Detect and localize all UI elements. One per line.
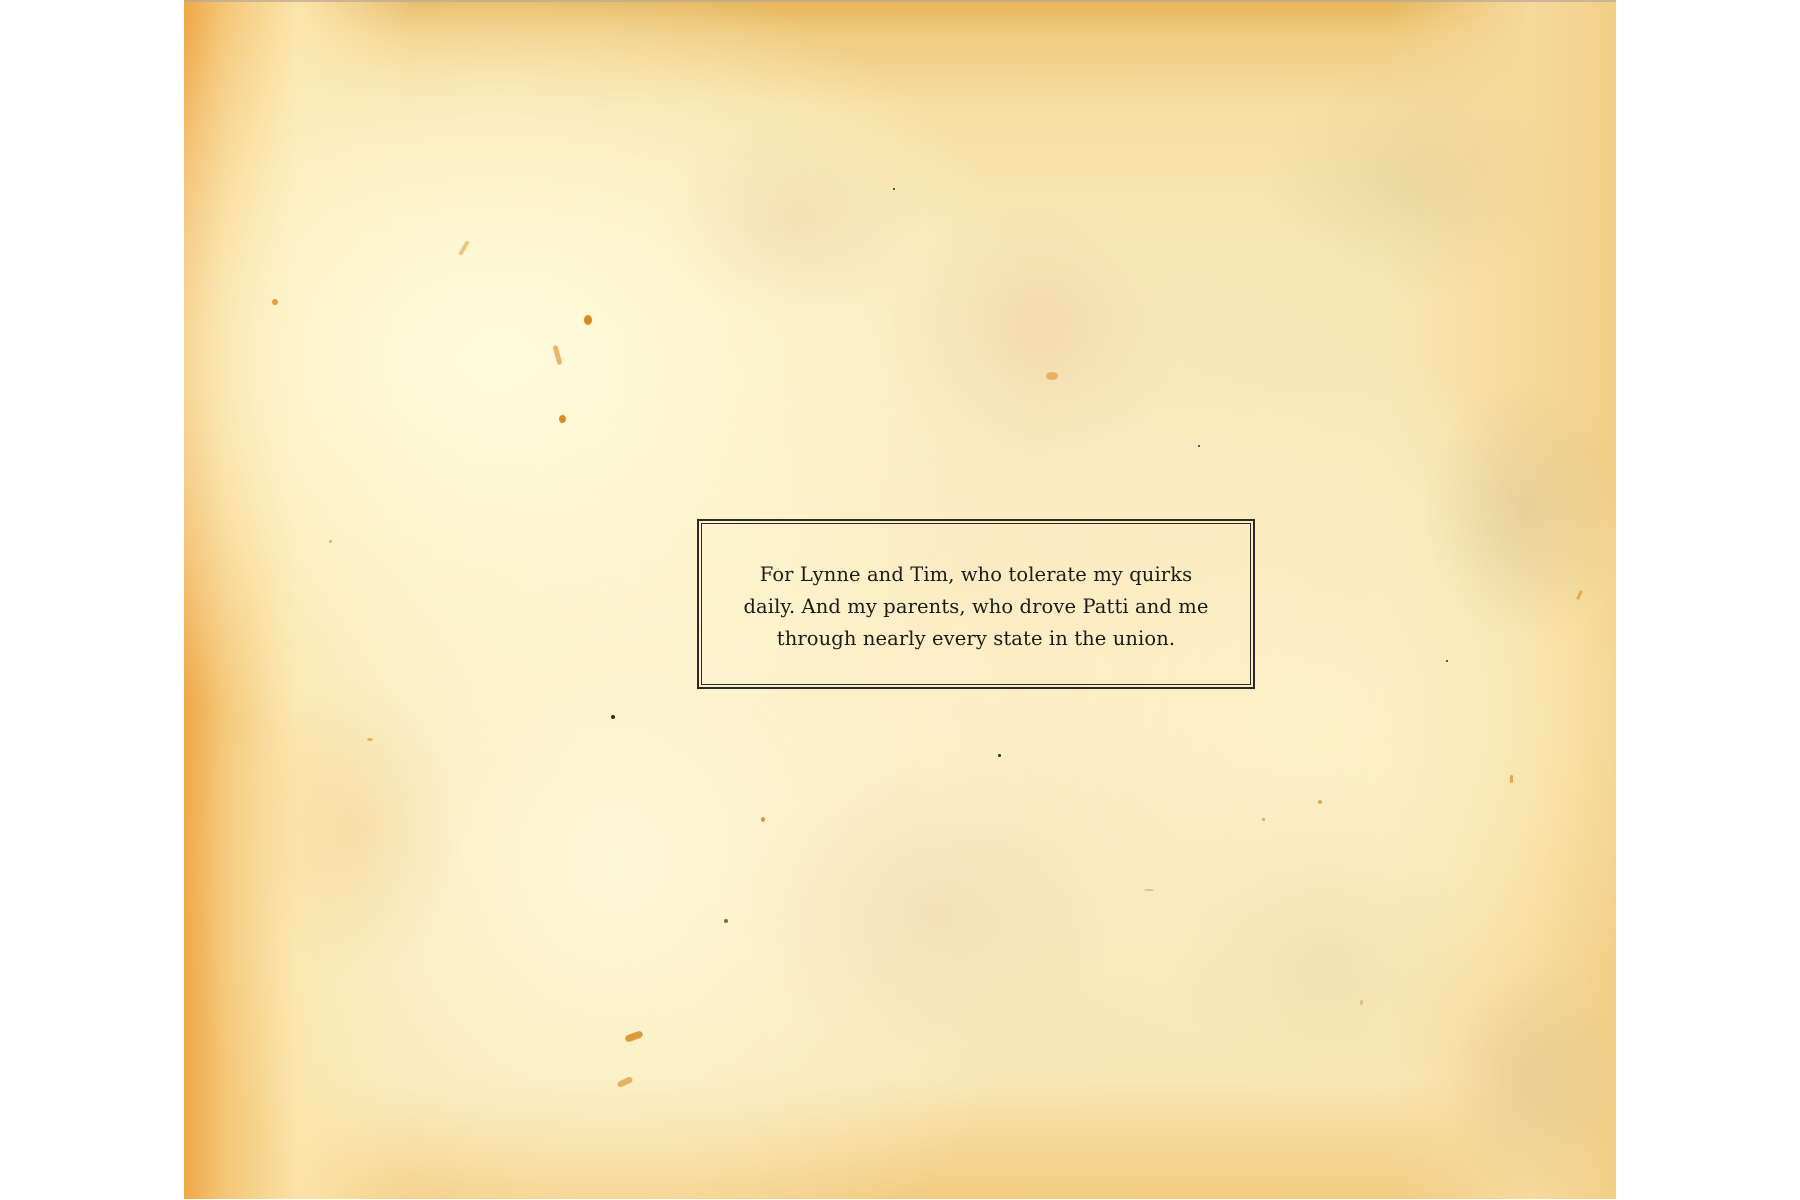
paper-mottle (884, 200, 1184, 460)
paper-mottle (1444, 960, 1616, 1199)
stain-spot (272, 299, 278, 305)
stain-spot (1046, 372, 1058, 380)
dedication-line: through nearly every state in the union. (699, 623, 1253, 655)
paper-mottle (664, 120, 924, 320)
aged-paper-page: For Lynne and Tim, who tolerate my quirk… (184, 0, 1616, 1199)
paper-mottle (1424, 380, 1616, 640)
stain-spot (584, 315, 592, 325)
stain-spot (611, 715, 615, 719)
paper-mottle (744, 760, 1124, 1060)
paper-mottle (1164, 820, 1484, 1100)
stain-spot (624, 1030, 643, 1043)
stain-spot (458, 240, 469, 256)
stain-spot (367, 738, 373, 741)
stain-spot (1262, 818, 1265, 821)
dedication-text: For Lynne and Tim, who tolerate my quirk… (699, 559, 1253, 655)
paper-mottle (244, 680, 464, 980)
dedication-line: For Lynne and Tim, who tolerate my quirk… (699, 559, 1253, 591)
stain-spot (998, 754, 1001, 757)
stain-spot (1446, 660, 1448, 662)
dedication-line: daily. And my parents, who drove Patti a… (699, 591, 1253, 623)
stain-spot (552, 345, 562, 366)
stain-spot (761, 817, 765, 822)
stain-spot (329, 540, 332, 543)
stain-spot (893, 188, 895, 190)
stain-spot (616, 1076, 633, 1088)
paper-mottle (1264, 60, 1564, 300)
stain-spot (1318, 800, 1322, 804)
stain-spot (559, 415, 566, 423)
dedication-frame: For Lynne and Tim, who tolerate my quirk… (697, 519, 1255, 689)
stain-spot (1360, 1000, 1363, 1005)
stain-spot (724, 919, 728, 923)
stain-spot (1144, 889, 1154, 891)
page-top-edge (184, 0, 1616, 2)
stain-spot (1576, 590, 1583, 600)
stain-spot (1198, 445, 1200, 447)
stain-spot (1510, 775, 1513, 783)
